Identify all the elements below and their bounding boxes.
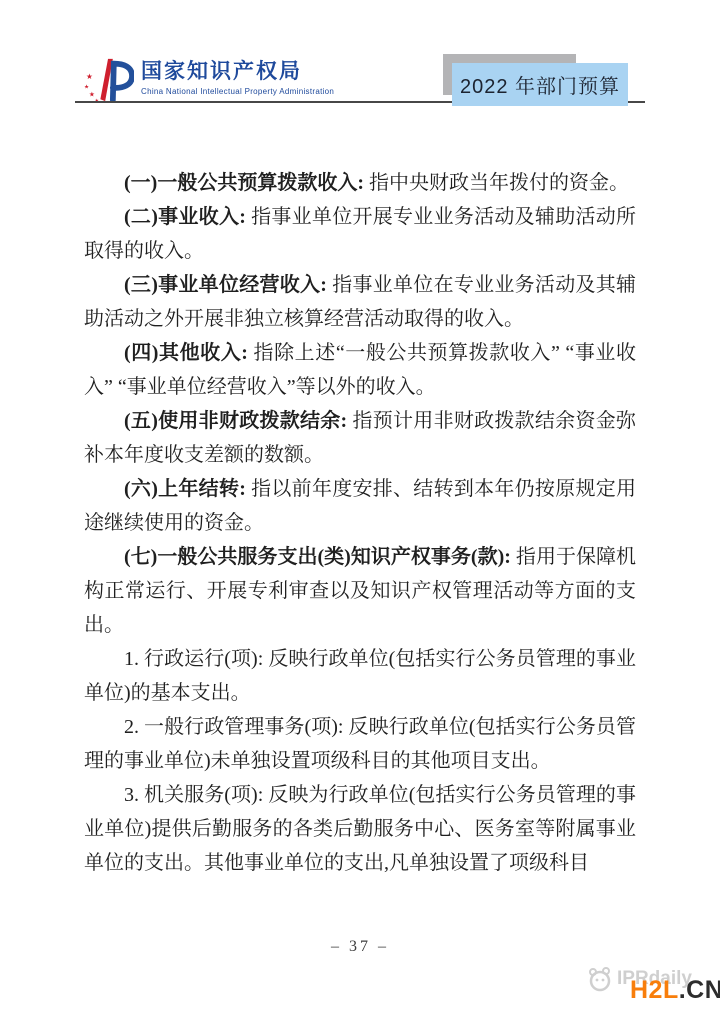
paragraph-8: 1. 行政运行(项): 反映行政单位(包括实行公务员管理的事业单位)的基本支出。 [84,642,636,710]
iprdaily-logo-icon [588,966,614,992]
svg-text:★: ★ [89,90,95,98]
paragraph-lead: (三)事业单位经营收入: [124,274,327,296]
paragraph-lead: (一)一般公共预算拨款收入: [124,172,364,194]
logo-text-block: 国家知识产权局 China National Intellectual Prop… [141,56,334,96]
document-body: (一)一般公共预算拨款收入:指中央财政当年拨付的资金。(二)事业收入:指事业单位… [84,166,636,880]
svg-text:★: ★ [86,72,93,81]
paragraph-3: (三)事业单位经营收入:指事业单位在专业业务活动及其辅助活动之外开展非独立核算经… [84,268,636,336]
paragraph-1: (一)一般公共预算拨款收入:指中央财政当年拨付的资金。 [84,166,636,200]
paragraph-lead: (二)事业收入: [124,206,246,228]
paragraph-2: (二)事业收入:指事业单位开展专业业务活动及辅助活动所取得的收入。 [84,200,636,268]
logo-subtitle: China National Intellectual Property Adm… [141,87,334,96]
paragraph-text: 指中央财政当年拨付的资金。 [369,172,629,194]
watermark-cn-text: .CN [679,976,720,1004]
paragraph-4: (四)其他收入:指除上述“一般公共预算拨款收入” “事业收入” “事业单位经营收… [84,336,636,404]
budget-year-badge: 2022 年部门预算 [452,63,628,106]
paragraph-lead: (六)上年结转: [124,478,246,500]
paragraph-text: 3. 机关服务(项): 反映为行政单位(包括实行公务员管理的事业单位)提供后勤服… [84,784,636,874]
paragraph-text: 1. 行政运行(项): 反映行政单位(包括实行公务员管理的事业单位)的基本支出。 [84,648,636,704]
cnipa-logo-icon: ★ ★ ★ ★ [84,56,134,104]
paragraph-9: 2. 一般行政管理事务(项): 反映行政单位(包括实行公务员管理的事业单位)未单… [84,710,636,778]
paragraph-lead: (七)一般公共服务支出(类)知识产权事务(款): [124,546,511,568]
paragraph-7: (七)一般公共服务支出(类)知识产权事务(款):指用于保障机构正常运行、开展专利… [84,540,636,642]
paragraph-text: 2. 一般行政管理事务(项): 反映行政单位(包括实行公务员管理的事业单位)未单… [84,716,636,772]
paragraph-10: 3. 机关服务(项): 反映为行政单位(包括实行公务员管理的事业单位)提供后勤服… [84,778,636,880]
page: ★ ★ ★ ★ 国家知识产权局 China National Intellect… [0,0,720,1018]
logo-title: 国家知识产权局 [141,60,334,84]
paragraph-lead: (五)使用非财政拨款结余: [124,410,347,432]
paragraph-5: (五)使用非财政拨款结余:指预计用非财政拨款结余资金弥补本年度收支差额的数额。 [84,404,636,472]
paragraph-6: (六)上年结转:指以前年度安排、结转到本年仍按原规定用途继续使用的资金。 [84,472,636,540]
paragraph-lead: (四)其他收入: [124,342,248,364]
watermark: IPRdaily H2L.CN [588,952,720,1010]
watermark-h2l-text: H2L [630,976,679,1004]
watermark-overlay: H2L.CN [630,976,720,1005]
cnipa-logo: ★ ★ ★ ★ 国家知识产权局 China National Intellect… [84,56,334,104]
